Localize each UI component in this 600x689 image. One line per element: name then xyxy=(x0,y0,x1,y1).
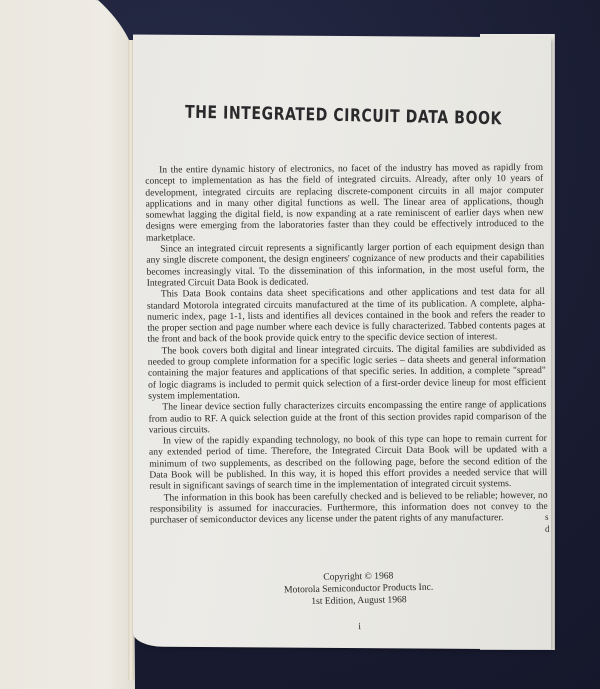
edge-text-fragment: d xyxy=(545,524,550,534)
page-number: i xyxy=(260,619,460,635)
edge-text-fragment: . xyxy=(545,486,547,496)
paragraph: In the entire dynamic history of electro… xyxy=(145,162,544,244)
paragraph: The information in this book has been ca… xyxy=(150,489,548,526)
body-text: In the entire dynamic history of electro… xyxy=(145,162,548,526)
paragraph: Since an integrated circuit represents a… xyxy=(146,241,545,289)
paragraph: The linear device section fully characte… xyxy=(148,399,546,436)
photo-scene: THE INTEGRATED CIRCUIT DATA BOOK In the … xyxy=(0,0,600,689)
paragraph: The book covers both digital and linear … xyxy=(148,343,547,402)
page-footer: Copyright © 1968 Motorola Semiconductor … xyxy=(258,569,460,635)
left-page xyxy=(0,0,135,689)
page-title: THE INTEGRATED CIRCUIT DATA BOOK xyxy=(185,103,505,130)
edge-text-fragment: s xyxy=(545,512,549,522)
paragraph: In view of the rapidly expanding technol… xyxy=(149,433,548,492)
right-page: THE INTEGRATED CIRCUIT DATA BOOK In the … xyxy=(133,35,551,650)
page-content: THE INTEGRATED CIRCUIT DATA BOOK In the … xyxy=(139,35,539,650)
paragraph: This Data Book contains data sheet speci… xyxy=(147,286,546,345)
